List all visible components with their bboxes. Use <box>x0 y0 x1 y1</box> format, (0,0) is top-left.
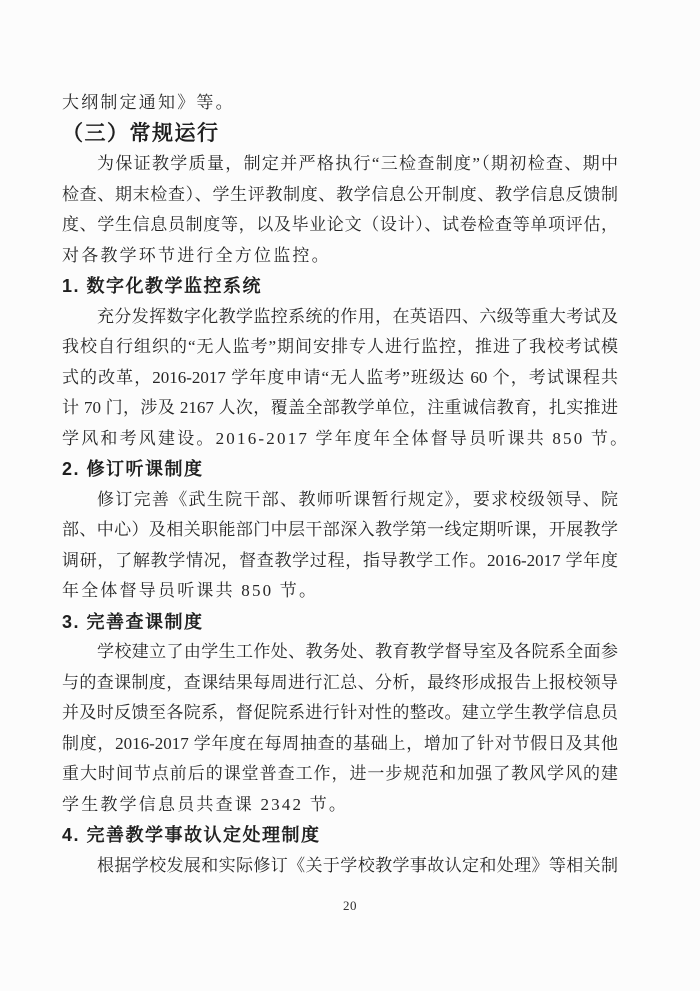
text-line: 我校自行组织的“无人监考”期间安排专人进行监控，推进了我校考试模 <box>62 332 618 363</box>
page-content: 大纲制定通知》等。 （三）常规运行 为保证教学质量，制定并严格执行“三检查制度”… <box>62 88 618 881</box>
text-line: 计 70 门，涉及 2167 人次，覆盖全部教学单位，注重诚信教育，扎实推进 <box>62 393 618 424</box>
text-line: 式的改革，2016-2017 学年度申请“无人监考”班级达 60 个，考试课程共 <box>62 363 618 394</box>
numbered-heading: 2. 修订听课制度 <box>62 454 618 485</box>
text-line: 调研，了解教学情况，督查教学过程，指导教学工作。2016-2017 学年度 <box>62 546 618 577</box>
text-line: 为保证教学质量，制定并严格执行“三检查制度”（期初检查、期中 <box>62 149 618 180</box>
numbered-heading: 1. 数字化教学监控系统 <box>62 271 618 302</box>
section-heading: （三）常规运行 <box>62 119 618 150</box>
text-line: 根据学校发展和实际修订《关于学校教学事故认定和处理》等相关制 <box>62 851 618 882</box>
document-page: 大纲制定通知》等。 （三）常规运行 为保证教学质量，制定并严格执行“三检查制度”… <box>0 0 700 991</box>
text-line: 对各教学环节进行全方位监控。 <box>62 241 618 272</box>
numbered-heading: 3. 完善查课制度 <box>62 607 618 638</box>
text-line: 大纲制定通知》等。 <box>62 88 618 119</box>
page-number: 20 <box>0 898 700 914</box>
text-line: 并及时反馈至各院系，督促院系进行针对性的整改。建立学生教学信息员 <box>62 698 618 729</box>
text-line: 学风和考风建设。2016-2017 学年度年全体督导员听课共 850 节。 <box>62 424 618 455</box>
text-line: 学校建立了由学生工作处、教务处、教育教学督导室及各院系全面参 <box>62 637 618 668</box>
text-line: 度、学生信息员制度等，以及毕业论文（设计）、试卷检查等单项评估， <box>62 210 618 241</box>
text-line: 部、中心）及相关职能部门中层干部深入教学第一线定期听课，开展教学 <box>62 515 618 546</box>
text-line: 充分发挥数字化教学监控系统的作用，在英语四、六级等重大考试及 <box>62 302 618 333</box>
numbered-heading: 4. 完善教学事故认定处理制度 <box>62 820 618 851</box>
text-line: 重大时间节点前后的课堂普查工作，进一步规范和加强了教风学风的建设， <box>62 759 618 790</box>
text-line: 年全体督导员听课共 850 节。 <box>62 576 618 607</box>
text-line: 与的查课制度，查课结果每周进行汇总、分析，最终形成报告上报校领导 <box>62 668 618 699</box>
text-line: 学生教学信息员共查课 2342 节。 <box>62 790 618 821</box>
text-line: 制度，2016-2017 学年度在每周抽查的基础上，增加了针对节假日及其他 <box>62 729 618 760</box>
text-line: 检查、期末检查）、学生评教制度、教学信息公开制度、教学信息反馈制 <box>62 180 618 211</box>
text-line: 修订完善《武生院干部、教师听课暂行规定》，要求校级领导、院（系、 <box>62 485 618 516</box>
